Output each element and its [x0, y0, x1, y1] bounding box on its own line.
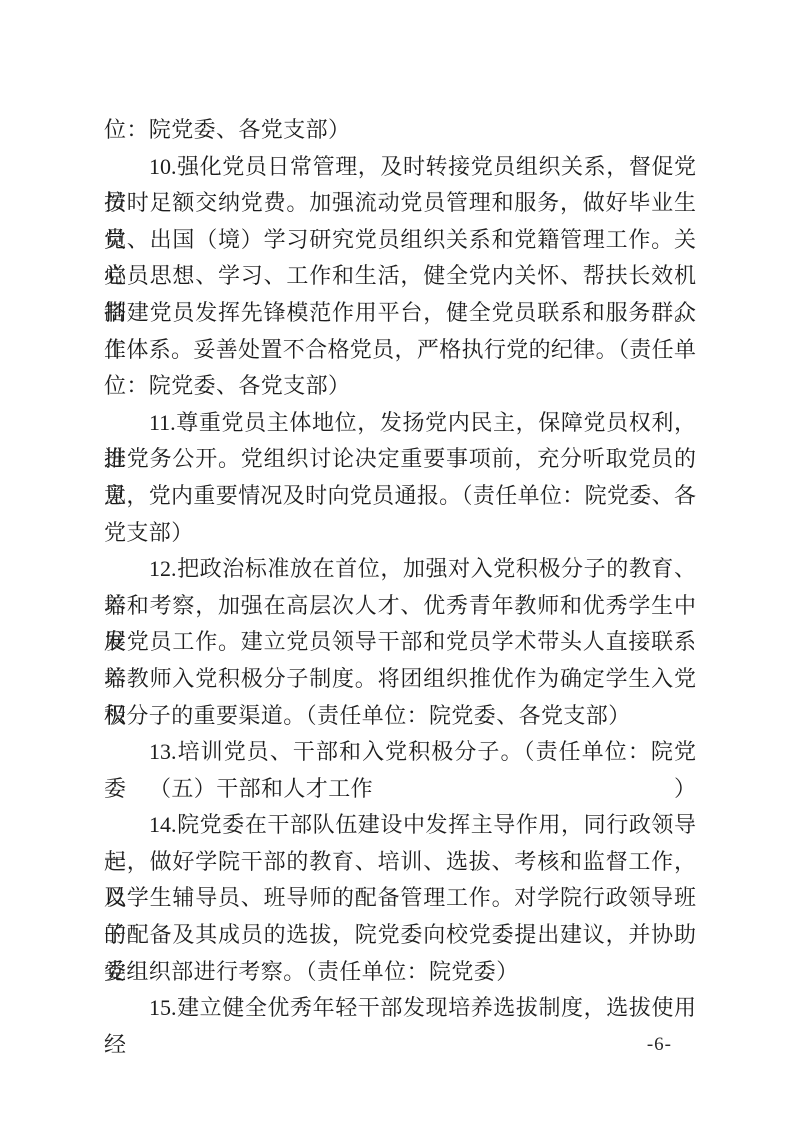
text-line: 按时足额交纳党费。加强流动党员管理和服务，做好毕业生党 — [104, 185, 696, 222]
text-line: 12.把政治标准放在首位，加强对入党积极分子的教育、培 — [104, 551, 696, 588]
text-line: 党员思想、学习、工作和生活，健全党内关怀、帮扶长效机制。 — [104, 258, 696, 295]
text-line: 搭建党员发挥先锋模范作用平台，健全党员联系和服务群众工 — [104, 295, 696, 332]
text-line: 15.建立健全优秀年轻干部发现培养选拔制度，选拔使用经 — [104, 990, 696, 1027]
text-line: 及学生辅导员、班导师的配备管理工作。对学院行政领导班子 — [104, 880, 696, 917]
text-line: 委组织部进行考察。（责任单位：院党委） — [104, 954, 696, 991]
text-line: 进党务公开。党组织讨论决定重要事项前，充分听取党员的意 — [104, 441, 696, 478]
text-line: 11.尊重党员主体地位，发扬党内民主，保障党员权利，推 — [104, 405, 696, 442]
text-line: 养和考察，加强在高层次人才、优秀青年教师和优秀学生中发 — [104, 588, 696, 625]
text-line: 14.院党委在干部队伍建设中发挥主导作用，同行政领导一 — [104, 807, 696, 844]
text-line: 极分子的重要渠道。（责任单位：院党委、各党支部） — [104, 698, 696, 735]
document-page: 位：院党委、各党支部） 10.强化党员日常管理，及时转接党员组织关系，督促党员 … — [0, 0, 800, 1131]
text-line: 作体系。妥善处置不合格党员，严格执行党的纪律。（责任单 — [104, 332, 696, 369]
text-line: 10.强化党员日常管理，及时转接党员组织关系，督促党员 — [104, 149, 696, 186]
text-line: 见，党内重要情况及时向党员通报。（责任单位：院党委、各 — [104, 478, 696, 515]
text-line: 养教师入党积极分子制度。将团组织推优作为确定学生入党积 — [104, 661, 696, 698]
text-line: 展党员工作。建立党员领导干部和党员学术带头人直接联系培 — [104, 624, 696, 661]
text-line: 位：院党委、各党支部） — [104, 368, 696, 405]
text-line: 员、出国（境）学习研究党员组织关系和党籍管理工作。关心 — [104, 222, 696, 259]
text-line: 党支部） — [104, 515, 696, 552]
text-line: 位：院党委、各党支部） — [104, 112, 696, 149]
text-line: 起，做好学院干部的教育、培训、选拔、考核和监督工作，以 — [104, 844, 696, 881]
document-body: 位：院党委、各党支部） 10.强化党员日常管理，及时转接党员组织关系，督促党员 … — [104, 112, 696, 1027]
text-line: 13.培训党员、干部和入党积极分子。（责任单位：院党委） — [104, 734, 696, 771]
page-number: -6- — [647, 1034, 672, 1056]
text-line: 的配备及其成员的选拔，院党委向校党委提出建议，并协助党 — [104, 917, 696, 954]
